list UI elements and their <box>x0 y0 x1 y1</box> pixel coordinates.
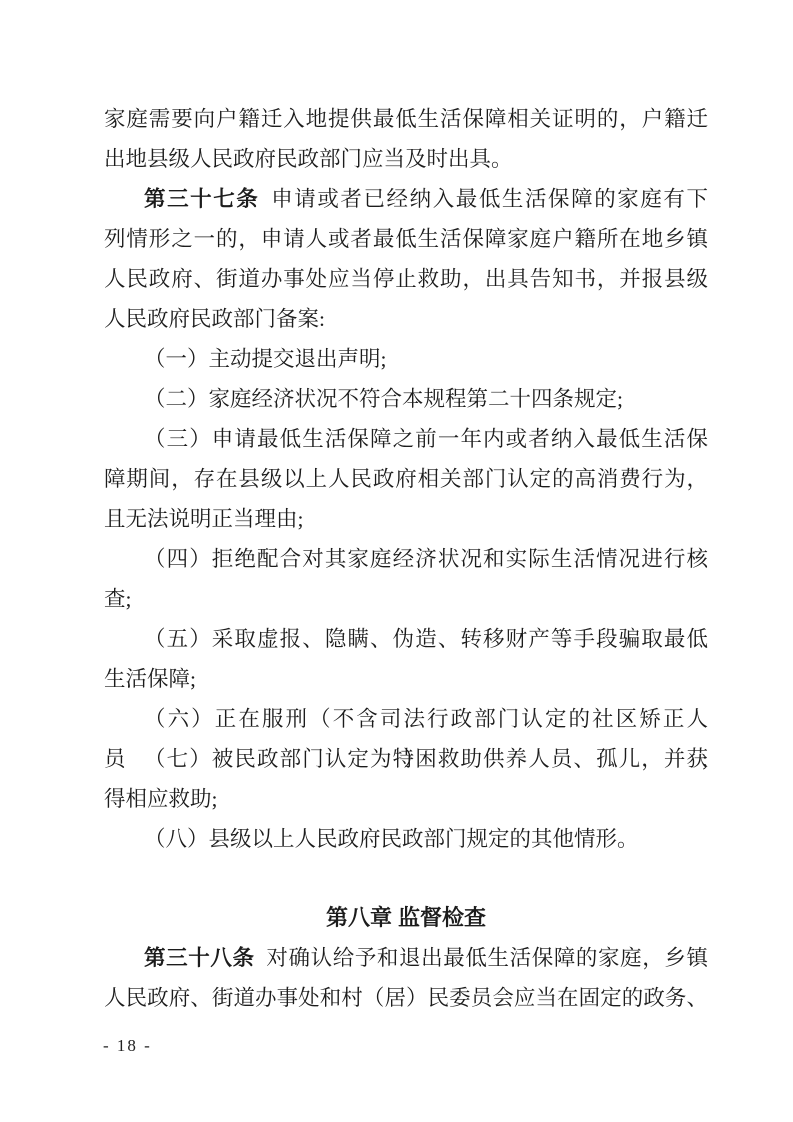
article-37-number: 第三十七条 <box>144 187 259 211</box>
list-item-3: （三）申请最低生活保障之前一年内或者纳入最低生活保 <box>104 419 708 459</box>
text-line: 人民政府、街道办事处应当停止救助，出具告知书，并报县级 <box>104 259 708 299</box>
list-item-4: （四）拒绝配合对其家庭经济状况和实际生活情况进行核 <box>104 539 708 579</box>
text-line: 第三十八条对确认给予和退出最低生活保障的家庭，乡镇 <box>104 938 708 978</box>
text-line: 得相应救助; <box>104 779 708 819</box>
list-item-8: （八）县级以上人民政府民政部门规定的其他情形。 <box>104 819 708 859</box>
article-38-number: 第三十八条 <box>144 946 255 970</box>
article-37-text: 申请或者已经纳入最低生活保障的家庭有下 <box>271 187 708 211</box>
text-line: 第三十七条申请或者已经纳入最低生活保障的家庭有下 <box>104 179 708 219</box>
text-line: 列情形之一的，申请人或者最低生活保障家庭户籍所在地乡镇 <box>104 219 708 259</box>
article-38-text: 对确认给予和退出最低生活保障的家庭，乡镇 <box>266 946 708 970</box>
text-line: 人民政府民政部门备案: <box>104 299 708 339</box>
chapter-heading: 第八章 监督检查 <box>104 898 708 938</box>
document-body: 家庭需要向户籍迁入地提供最低生活保障相关证明的，户籍迁 出地县级人民政府民政部门… <box>104 99 708 1018</box>
list-item-2: （二）家庭经济状况不符合本规程第二十四条规定; <box>104 379 708 419</box>
list-item-1: （一）主动提交退出声明; <box>104 339 708 379</box>
page-number: - 18 - <box>103 1036 152 1056</box>
text-line: 且无法说明正当理由; <box>104 499 708 539</box>
text-line: 查; <box>104 579 708 619</box>
document-page: 家庭需要向户籍迁入地提供最低生活保障相关证明的，户籍迁 出地县级人民政府民政部门… <box>0 0 793 1122</box>
list-item-6: （六）正在服刑（不含司法行政部门认定的社区矫正人员）; <box>104 699 708 739</box>
text-line: 家庭需要向户籍迁入地提供最低生活保障相关证明的，户籍迁 <box>104 99 708 139</box>
text-line: 障期间，存在县级以上人民政府相关部门认定的高消费行为， <box>104 459 708 499</box>
text-line: 人民政府、街道办事处和村（居）民委员会应当在固定的政务、 <box>104 978 708 1018</box>
text-line: 生活保障; <box>104 659 708 699</box>
list-item-7: （七）被民政部门认定为特困救助供养人员、孤儿，并获 <box>104 739 708 779</box>
list-item-5: （五）采取虚报、隐瞒、伪造、转移财产等手段骗取最低 <box>104 619 708 659</box>
text-line: 出地县级人民政府民政部门应当及时出具。 <box>104 139 708 179</box>
